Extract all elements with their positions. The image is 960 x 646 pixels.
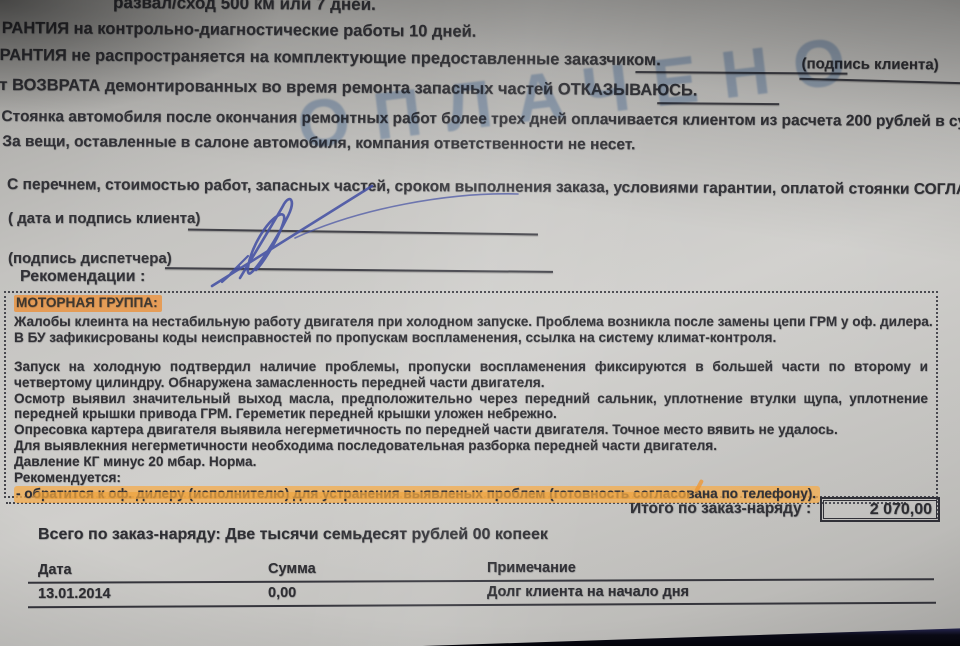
work-order-photo: развал/сход 500 км или 7 дней. РАНТИЯ на…	[0, 0, 960, 646]
order-total-amount: 2 070,00	[870, 501, 932, 519]
total-in-words: Всего по заказ-наряду: Две тысячи семьде…	[38, 526, 548, 544]
ecu-codes-paragraph: В БУ зафикисрованы коды неисправностей п…	[14, 330, 928, 346]
client-date-signature-label: ( дата и подпись клиента)	[8, 210, 200, 227]
dispatcher-signature-label: (подпись диспетчера)	[8, 250, 172, 267]
table-header-date: Дата	[38, 562, 72, 578]
table-cell-date: 13.01.2014	[38, 586, 111, 602]
recommendations-label: Рекомендации :	[20, 268, 145, 286]
crankcase-pressure-paragraph: Давление КГ минус 20 мбар. Норма.	[14, 454, 928, 470]
pressure-test-paragraph: Опресовка картера двигателя выявила неге…	[14, 422, 928, 438]
table-header-note: Примечание	[487, 560, 576, 576]
disassembly-paragraph: Для выявлекния негерметичности необходим…	[14, 438, 928, 454]
advice-label: Рекомендуется:	[14, 470, 928, 486]
table-header-sum: Сумма	[268, 561, 316, 577]
complaint-paragraph: Жалобы клеинта на нестабильную работу дв…	[14, 314, 928, 330]
table-cell-sum: 0,00	[268, 585, 296, 601]
cold-start-paragraph: Запуск на холодную подтвердил наличие пр…	[14, 359, 928, 391]
order-total-box: 2 070,00	[820, 497, 940, 522]
engine-group-highlight: МОТОРНАЯ ГРУППА:	[14, 295, 162, 312]
recommendations-box: МОТОРНАЯ ГРУППА: Жалобы клеинта на неста…	[4, 291, 938, 498]
orange-marker-smear	[34, 492, 690, 499]
table-cell-note: Долг клиента на начало дня	[487, 584, 689, 600]
inspection-paragraph: Осмотр выявил значительный выход масла, …	[14, 391, 928, 423]
handwritten-signature	[200, 176, 530, 298]
